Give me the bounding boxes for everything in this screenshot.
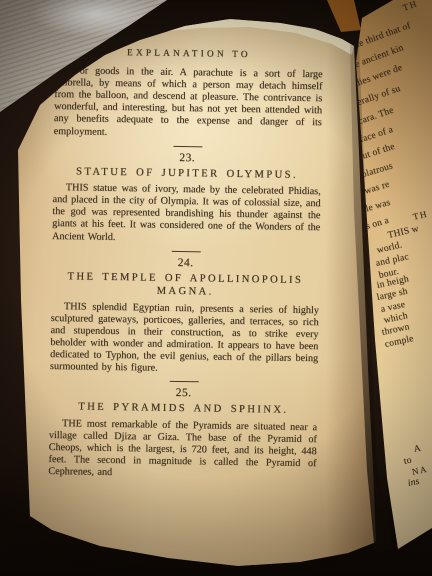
right-page-fragment: THIS w xyxy=(387,224,420,241)
right-page-fragment: TH xyxy=(401,0,419,13)
section-25: 25. THE PYRAMIDS AND SPHINX. THE most re… xyxy=(48,379,318,482)
section-title: STATUE OF JUPITER OLYMPUS. xyxy=(53,165,321,183)
running-header-text: EXPLANATION TO xyxy=(127,48,251,60)
right-page-fragment: A xyxy=(413,444,422,455)
right-page-fragment: NA xyxy=(411,464,429,477)
section-body: THIS statue was of ivory, made by the ce… xyxy=(52,182,321,247)
section-24: 24. THE TEMPLE OF APOLLINOPOLIS MAGNA. T… xyxy=(50,249,320,378)
section-divider xyxy=(173,146,202,147)
right-page-fragment: TH xyxy=(412,208,429,221)
printed-text-block: 14 EXPLANATION TO sons or goods in the a… xyxy=(48,46,323,482)
section-divider xyxy=(171,250,200,251)
section-body: THE most remarkable of the Pyramids are … xyxy=(48,418,317,483)
section-title: THE TEMPLE OF APOLLINOPOLIS MAGNA. xyxy=(51,270,319,301)
section-body: THIS splendid Egyptian ruin, presents a … xyxy=(50,301,319,378)
book-photo: THthe third that ofthe ancient kinbodies… xyxy=(0,0,432,576)
right-page-fragment: ins xyxy=(407,477,421,489)
section-number: 24. xyxy=(52,255,320,271)
section-divider xyxy=(169,381,198,382)
intro-paragraph: sons or goods in the air. A parachute is… xyxy=(54,65,323,142)
section-number: 23. xyxy=(53,150,321,166)
section-number: 25. xyxy=(49,385,317,401)
section-23: 23. STATUE OF JUPITER OLYMPUS. THIS stat… xyxy=(52,144,322,247)
right-page-fragment: to xyxy=(403,455,413,466)
section-title: THE PYRAMIDS AND SPHINX. xyxy=(49,400,317,418)
